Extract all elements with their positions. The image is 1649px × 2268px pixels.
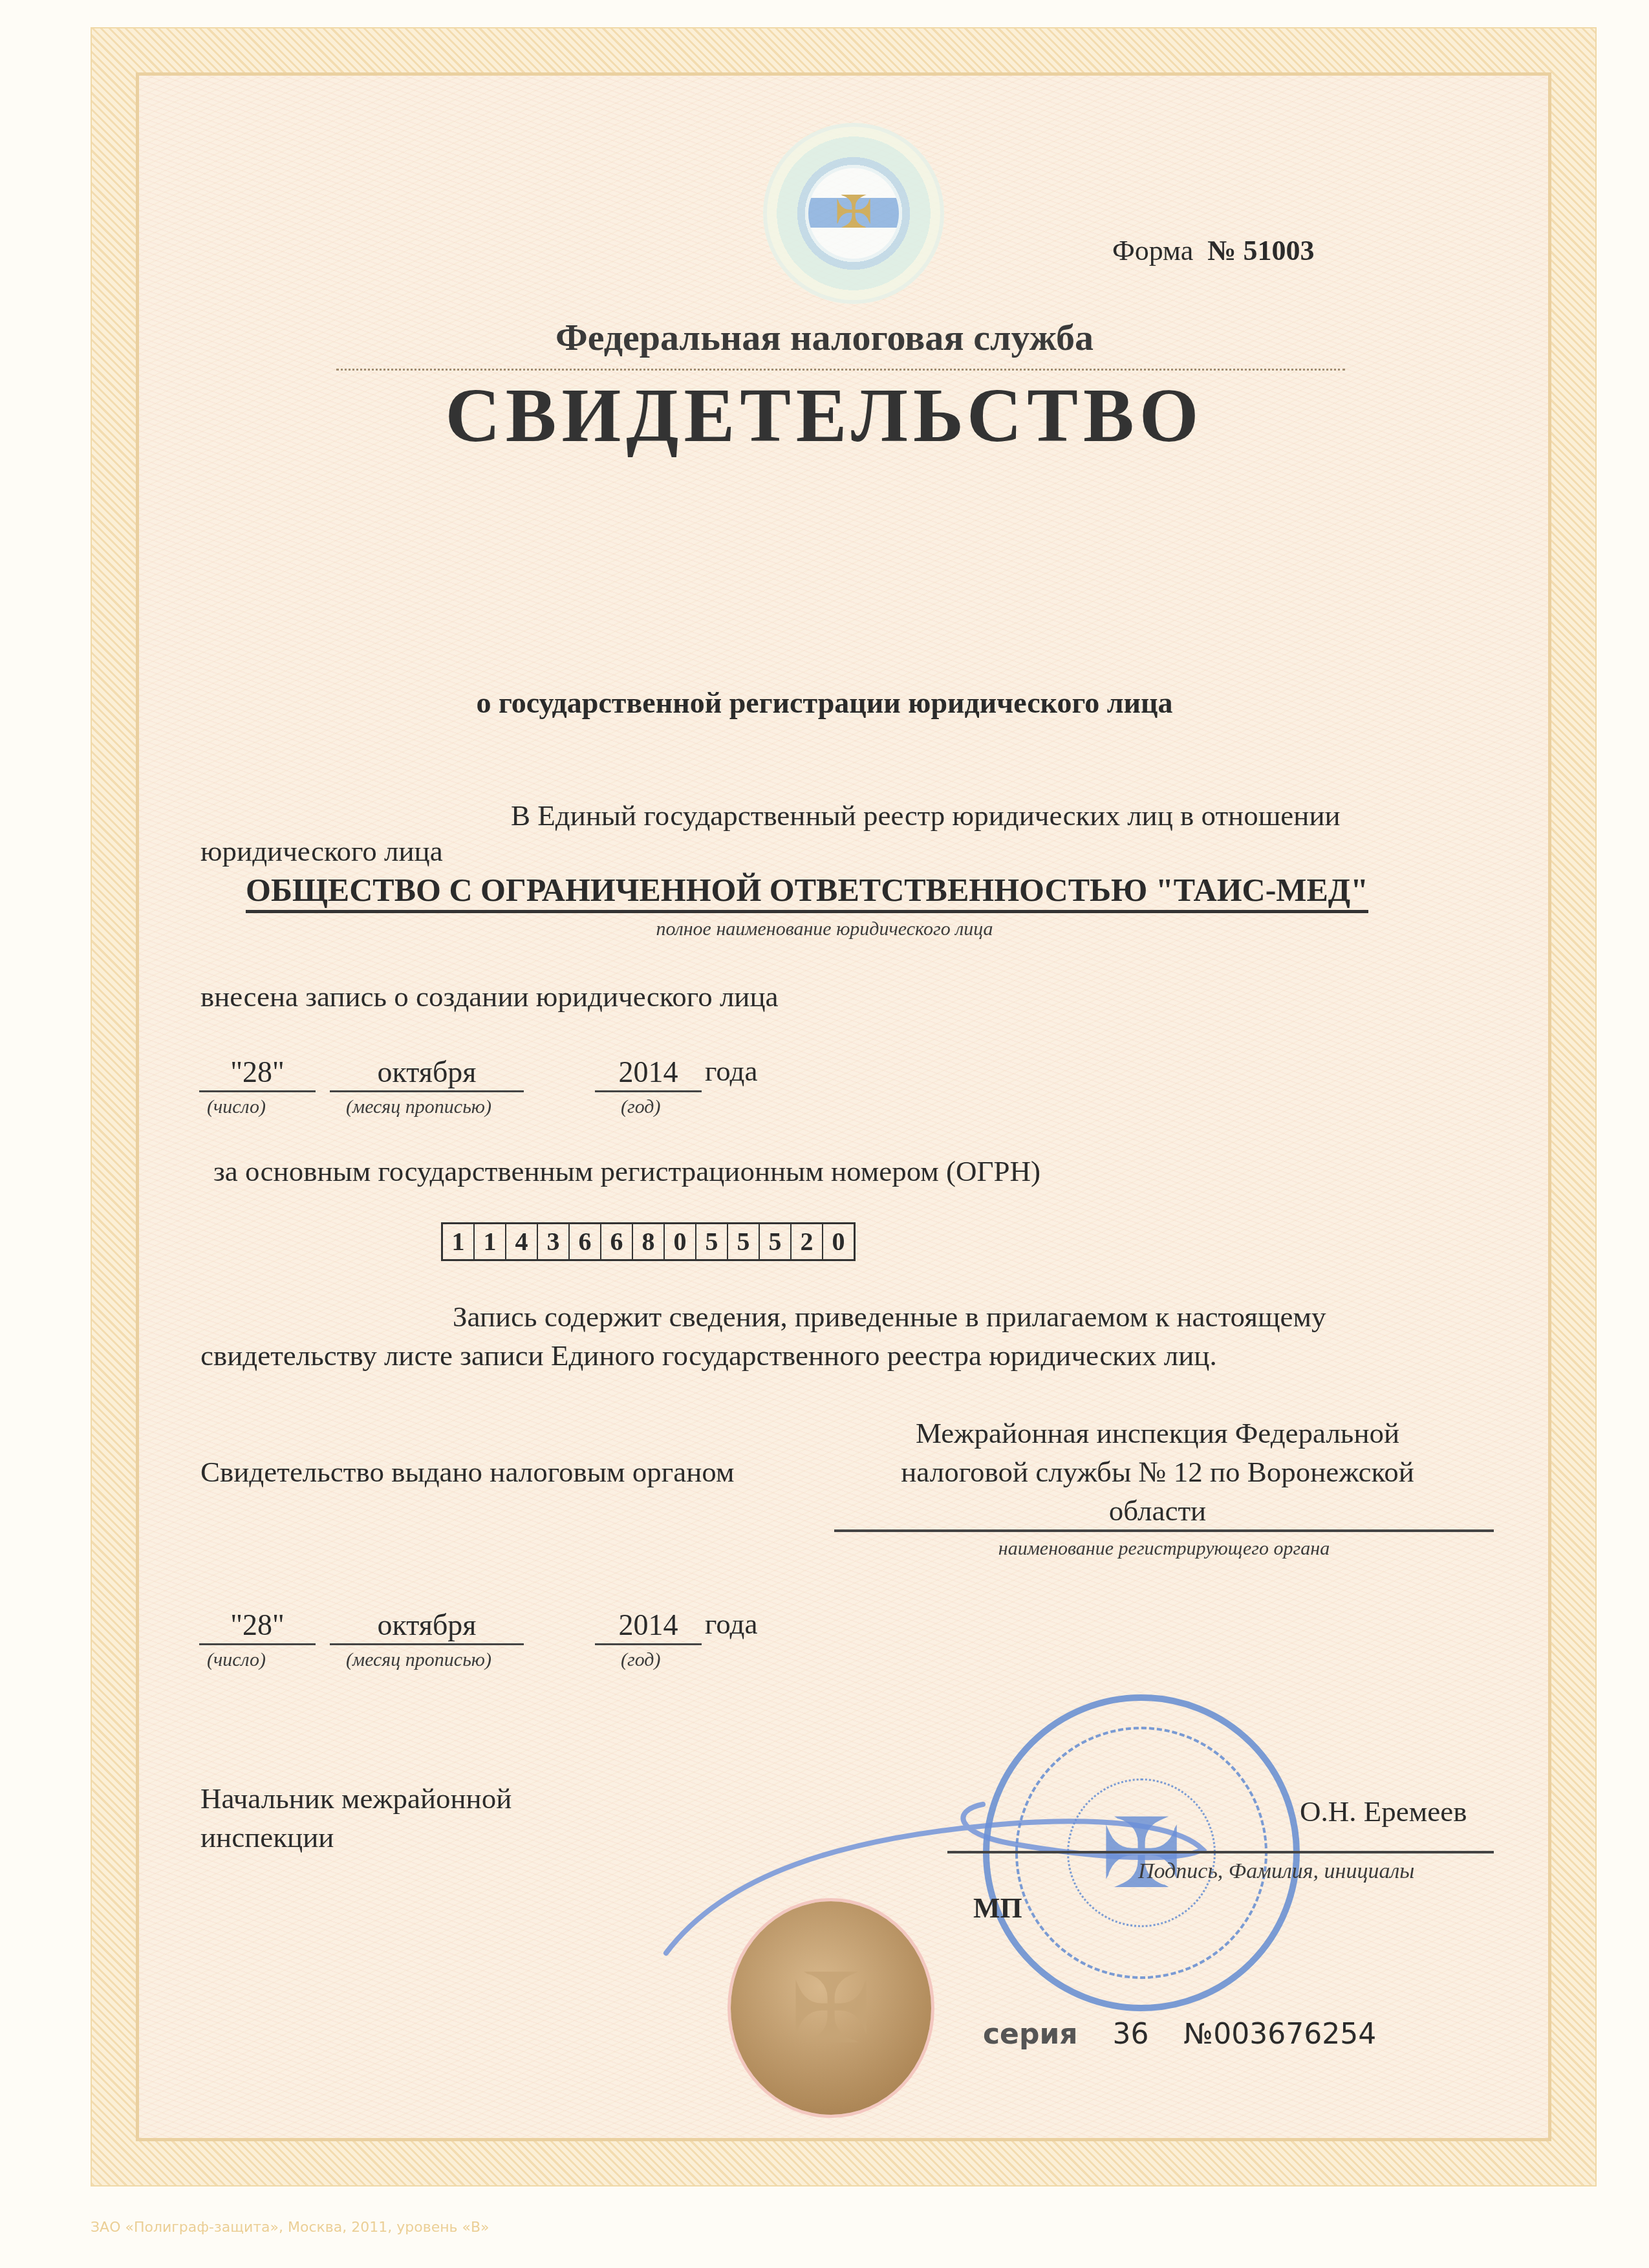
hologram-emblem: ✠	[763, 123, 944, 304]
record-note-line1: Запись содержит сведения, приведенные в …	[453, 1300, 1326, 1334]
day-caption: (число)	[207, 1096, 266, 1118]
ogrn-digit: 1	[443, 1224, 475, 1259]
issue-day: "28"	[199, 1607, 316, 1645]
issuer-line2: налоговой службы № 12 по Воронежской	[834, 1455, 1481, 1489]
ogrn-digit: 4	[506, 1224, 538, 1259]
ogrn-digit: 6	[570, 1224, 601, 1259]
issuer-rule	[834, 1529, 1494, 1532]
issue-month-caption: (месяц прописью)	[346, 1649, 491, 1671]
divider	[336, 369, 1345, 371]
ogrn-digit: 8	[633, 1224, 665, 1259]
ogrn-number: 1143668055520	[441, 1222, 856, 1261]
record-note-line2: свидетельству листе записи Единого госуд…	[200, 1339, 1217, 1372]
issuer-line1: Межрайонная инспекция Федеральной	[834, 1416, 1481, 1450]
issue-year-caption: (год)	[621, 1649, 660, 1671]
entry-text: внесена запись о создании юридического л…	[200, 980, 778, 1013]
registration-month: октября	[330, 1054, 524, 1092]
ogrn-digit: 2	[792, 1224, 823, 1259]
issuer-caption: наименование регистрирующего органа	[834, 1538, 1494, 1560]
ogrn-digit: 3	[538, 1224, 570, 1259]
embossed-seal: ✠	[731, 1901, 931, 2115]
signatory-position-line2: инспекции	[200, 1820, 334, 1854]
ogrn-digit: 5	[760, 1224, 792, 1259]
signatory-name: О.Н. Еремеев	[1300, 1795, 1467, 1828]
seal-mark: МП	[973, 1892, 1022, 1925]
company-name: ОБЩЕСТВО С ОГРАНИЧЕННОЙ ОТВЕТСТВЕННОСТЬЮ…	[246, 870, 1368, 913]
document-title: СВИДЕТЕЛЬСТВО	[0, 372, 1649, 460]
registration-day: "28"	[199, 1054, 316, 1092]
ogrn-digit: 5	[696, 1224, 728, 1259]
document-subtitle: о государственной регистрации юридическо…	[0, 686, 1649, 720]
signature-caption: Подпись, Фамилия, инициалы	[1138, 1859, 1414, 1884]
issue-month: октября	[330, 1607, 524, 1645]
signature-rule	[947, 1851, 1494, 1853]
ogrn-digit: 0	[823, 1224, 854, 1259]
registration-year-suffix: года	[705, 1054, 757, 1088]
ogrn-label: за основным государственным регистрацион…	[213, 1154, 1040, 1188]
registry-intro-line1: В Единый государственный реестр юридичес…	[511, 799, 1341, 832]
month-caption: (месяц прописью)	[346, 1096, 491, 1118]
serial-number: серия 36 №003676254	[983, 2018, 1376, 2051]
issuer-line3: области	[834, 1494, 1481, 1528]
form-number: Форма № 51003	[1112, 234, 1314, 267]
ogrn-digit: 0	[665, 1224, 696, 1259]
year-caption: (год)	[621, 1096, 660, 1118]
registry-intro-line2: юридического лица	[200, 834, 443, 868]
eagle-icon: ✠	[731, 1953, 931, 2066]
issue-day-caption: (число)	[207, 1649, 266, 1671]
issuer-label: Свидетельство выдано налоговым органом	[200, 1455, 734, 1489]
ogrn-digit: 5	[728, 1224, 760, 1259]
registration-year: 2014	[595, 1054, 702, 1092]
issue-year: 2014	[595, 1607, 702, 1645]
agency-name: Федеральная налоговая служба	[0, 316, 1649, 359]
ogrn-digit: 1	[475, 1224, 506, 1259]
signatory-position-line1: Начальник межрайонной	[200, 1782, 512, 1815]
ogrn-digit: 6	[601, 1224, 633, 1259]
issue-year-suffix: года	[705, 1607, 757, 1641]
company-caption: полное наименование юридического лица	[0, 918, 1649, 940]
eagle-icon: ✠	[828, 184, 879, 243]
printer-imprint: ЗАО «Полиграф-защита», Москва, 2011, уро…	[91, 2219, 490, 2236]
